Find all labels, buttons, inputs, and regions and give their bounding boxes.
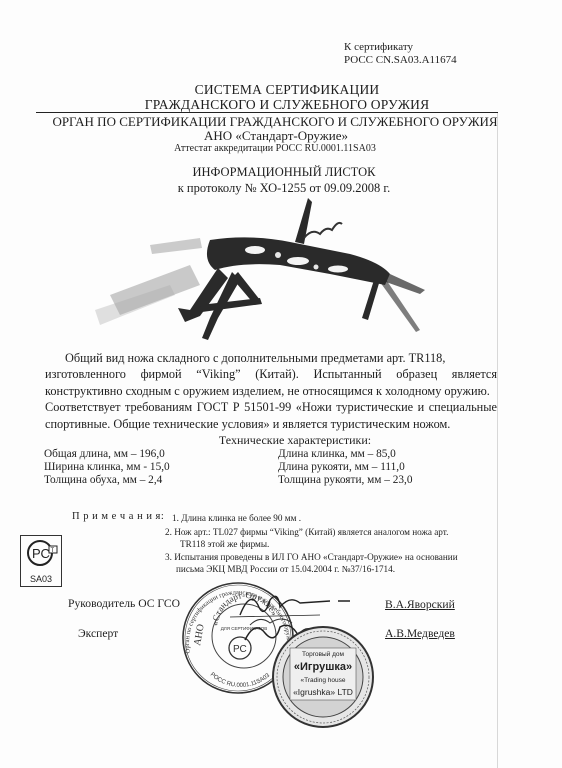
rst-logo-text: РС (32, 546, 50, 561)
note-2: 2. Нож арт.: TL027 фирмы “Viking” (Китай… (165, 526, 448, 539)
specs-left-column: Общая длина, мм – 196,0 Ширина клинка, м… (44, 448, 170, 488)
company-stamp-name: «Игрушка» (294, 661, 352, 673)
system-title-line1: СИСТЕМА СЕРТИФИКАЦИИ (6, 82, 562, 98)
note-2-continued: TR118 этой же фирмы. (180, 538, 269, 551)
company-stamp-line4: «Igrushka» LTD (293, 687, 353, 697)
signatory-role-expert: Эксперт (78, 627, 118, 640)
spec-spine-thickness: Толщина обуха, мм – 2,4 (44, 474, 170, 487)
system-title-line2: ГРАЖДАНСКОГО И СЛУЖЕБНОГО ОРУЖИЯ (6, 97, 562, 113)
rst-logo-icon: РС T (21, 536, 61, 570)
certification-mark: РС T SA03 (20, 535, 62, 587)
notes-label: П р и м е ч а н и я: (72, 511, 164, 522)
specs-right-column: Длина клинка, мм – 85,0 Длина рукояти, м… (278, 448, 413, 488)
spec-handle-length: Длина рукояти, мм – 111,0 (278, 461, 413, 474)
specs-heading: Технические характеристики: (14, 433, 562, 448)
note-3: 3. Испытания проведены в ИЛ ГО АНО «Стан… (165, 551, 458, 564)
description-line-5: спортивные. Общие технические условия» и… (45, 416, 497, 432)
spec-blade-width: Ширина клинка, мм - 15,0 (44, 461, 170, 474)
spec-total-length: Общая длина, мм – 196,0 (44, 448, 170, 461)
certificate-reference: К сертификату РОСС CN.SA03.A11674 (344, 41, 457, 67)
company-stamp: Торговый дом «Игрушка» «Trading house «I… (268, 622, 378, 732)
stamp-left-text: АНО (192, 623, 207, 646)
knife-photo (90, 190, 450, 340)
signatory-role-head: Руководитель ОС ГСО (68, 597, 180, 610)
spec-blade-length: Длина клинка, мм – 85,0 (278, 448, 413, 461)
description-line-4: Соответствует требованиям ГОСТ Р 51501-9… (45, 399, 497, 415)
svg-text:РОСС RU.0001.11SA03: РОСС RU.0001.11SA03 (209, 672, 272, 689)
certificate-ref-label: К сертификату (344, 41, 457, 54)
note-1: 1. Длина клинка не более 90 мм . (172, 512, 301, 525)
company-stamp-line1: Торговый дом (302, 650, 345, 658)
note-3-continued: письма ЭКЦ МВД России от 15.04.2004 г. №… (176, 563, 395, 576)
certificate-ref-number: РОСС CN.SA03.A11674 (344, 54, 457, 67)
certification-code: SA03 (21, 574, 61, 584)
spec-handle-thickness: Толщина рукояти, мм – 23,0 (278, 474, 413, 487)
company-stamp-line3: «Trading house (301, 677, 346, 684)
description-paragraph: Общий вид ножа складного с дополнительны… (45, 350, 497, 432)
accreditation-certificate: Аттестат аккредитации РОСС RU.0001.11SA0… (0, 143, 556, 154)
organization-name: АНО «Стандарт-Оружие» (0, 128, 557, 144)
document-title: ИНФОРМАЦИОННЫЙ ЛИСТОК (3, 165, 562, 180)
description-line-1: Общий вид ножа складного с дополнительны… (45, 350, 497, 366)
svg-text:T: T (51, 548, 55, 554)
signatory-name-expert: А.В.Медведев (385, 627, 455, 640)
stamp-bottom-text: РОСС RU.0001.11SA03 (209, 672, 272, 689)
signatory-name-head: В.А.Яворский (385, 598, 455, 611)
description-line-2: изготовленного фирмой “Viking” (Китай). … (45, 366, 497, 382)
description-line-3: конструктивно сходным с оружием изделием… (45, 383, 497, 399)
